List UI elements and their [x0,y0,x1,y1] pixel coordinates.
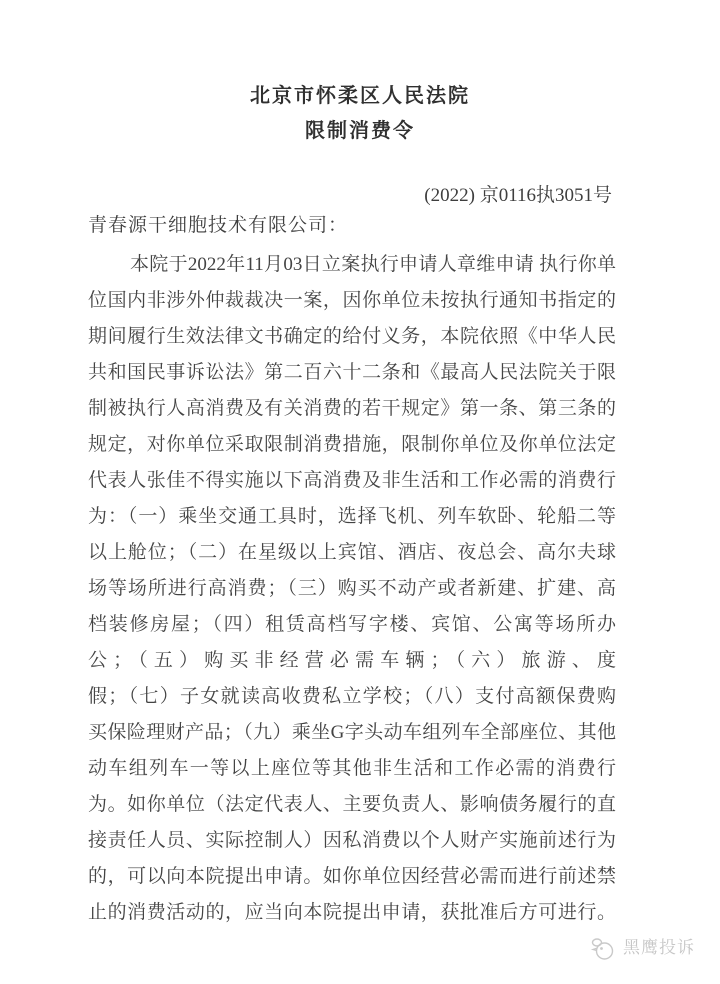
body-line: 场等场所进行高消费；（三）购买不动产或者新建、扩建、高 [88,571,616,607]
body-line: 接责任人员、实际控制人）因私消费以个人财产实施前述行为 [88,823,616,859]
body-line: 的，可以向本院提出申请。如你单位因经营必需而进行前述禁 [88,859,616,895]
body-line: 规定，对你单位采取限制消费措施，限制你单位及你单位法定 [88,427,616,463]
document-page: 北京市怀柔区人民法院 限制消费令 (2022) 京0116执3051号 青春源干… [0,0,720,984]
body-line: 动车组列车一等以上座位等其他非生活和工作必需的消费行 [88,751,616,787]
body-line: 以上舱位；（二）在星级以上宾馆、酒店、夜总会、高尔夫球 [88,535,616,571]
case-number: (2022) 京0116执3051号 [88,183,612,209]
watermark-label: 黑鹰投诉 [623,933,695,963]
body-line: 公；（五）购买非经营必需车辆；（六）旅游、度 [88,643,616,679]
body-line: 代表人张佳不得实施以下高消费及非生活和工作必需的消费行 [88,463,616,499]
document-title: 限制消费令 [0,117,720,145]
body-line: 为。如你单位（法定代表人、主要负责人、影响债务履行的直 [88,787,616,823]
eagle-logo-icon [588,933,618,963]
body-paragraph: 本院于2022年11月03日立案执行申请人章维申请 执行你单位国内非涉外仲裁裁决… [88,247,616,931]
body-line: 本院于2022年11月03日立案执行申请人章维申请 执行你单 [88,247,616,283]
body-line: 假；（七）子女就读高收费私立学校；（八）支付高额保费购 [88,679,616,715]
court-name: 北京市怀柔区人民法院 [0,82,720,110]
body-line: 制被执行人高消费及有关消费的若干规定》第一条、第三条的 [88,391,616,427]
body-line: 位国内非涉外仲裁裁决一案，因你单位未按执行通知书指定的 [88,283,616,319]
body-line: 期间履行生效法律文书确定的给付义务，本院依照《中华人民 [88,319,616,355]
body-line: 共和国民事诉讼法》第二百六十二条和《最高人民法院关于限 [88,355,616,391]
addressee-company: 青春源干细胞技术有限公司： [88,213,616,239]
watermark: 黑鹰投诉 [588,933,695,963]
body-line: 买保险理财产品；（九）乘坐G字头动车组列车全部座位、其他 [88,715,616,751]
body-line: 止的消费活动的，应当向本院提出申请，获批准后方可进行。 [88,895,616,931]
body-line: 档装修房屋；（四）租赁高档写字楼、宾馆、公寓等场所办 [88,607,616,643]
body-line: 为：（一）乘坐交通工具时，选择飞机、列车软卧、轮船二等 [88,499,616,535]
